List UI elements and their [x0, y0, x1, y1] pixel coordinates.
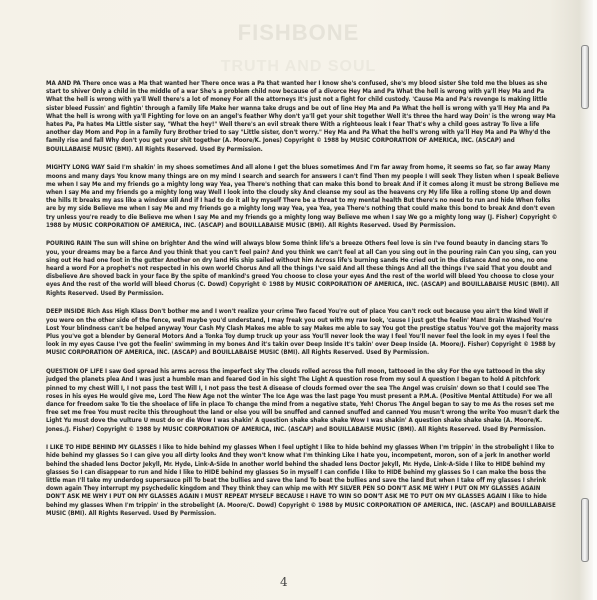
song-lyrics: I like to hide behind my glasses When I …	[46, 444, 556, 517]
page-number: 4	[280, 575, 288, 589]
song-lyrics: The sun will shine on brighter And the w…	[46, 240, 559, 296]
staple-icon	[581, 498, 589, 562]
song-title: POURING RAIN	[46, 240, 92, 247]
song-title: I LIKE TO HIDE BEHIND MY GLASSES	[46, 444, 157, 451]
song-lyrics: Said I'm shakin' in my shoes sometimes A…	[46, 164, 559, 228]
song-lyrics: I saw God spread his arms across the imp…	[46, 368, 559, 432]
song-title: MA AND PA	[46, 80, 81, 87]
song-pouring-rain: POURING RAIN The sun will shine on brigh…	[46, 240, 560, 297]
staple-icon	[581, 45, 589, 109]
song-deep-inside: DEEP INSIDE Rich Ass High Klass Don't bo…	[46, 308, 560, 357]
song-ma-and-pa: MA AND PA There once was a Ma that wante…	[46, 80, 560, 154]
song-lyrics: Rich Ass High Klass Don't bother me and …	[46, 308, 559, 356]
song-title: DEEP INSIDE	[46, 308, 85, 315]
booklet-page: FISHBONE TRUTH AND SOUL MA AND PA There …	[0, 0, 597, 600]
song-lyrics: There once was a Ma that wanted her Ther…	[46, 80, 556, 153]
song-title: QUESTION OF LIFE	[46, 368, 103, 375]
song-question-of-life: QUESTION OF LIFE I saw God spread his ar…	[46, 368, 560, 434]
song-title: MIGHTY LONG WAY	[46, 164, 105, 171]
lyrics-body: MA AND PA There once was a Ma that wante…	[46, 80, 560, 529]
bleed-through-title: FISHBONE	[0, 20, 597, 46]
song-mighty-long-way: MIGHTY LONG WAY Said I'm shakin' in my s…	[46, 164, 560, 230]
page-edge	[593, 0, 597, 600]
bleed-through-subtitle: TRUTH AND SOUL	[0, 58, 597, 76]
song-hide-behind-my-glasses: I LIKE TO HIDE BEHIND MY GLASSES I like …	[46, 444, 560, 518]
